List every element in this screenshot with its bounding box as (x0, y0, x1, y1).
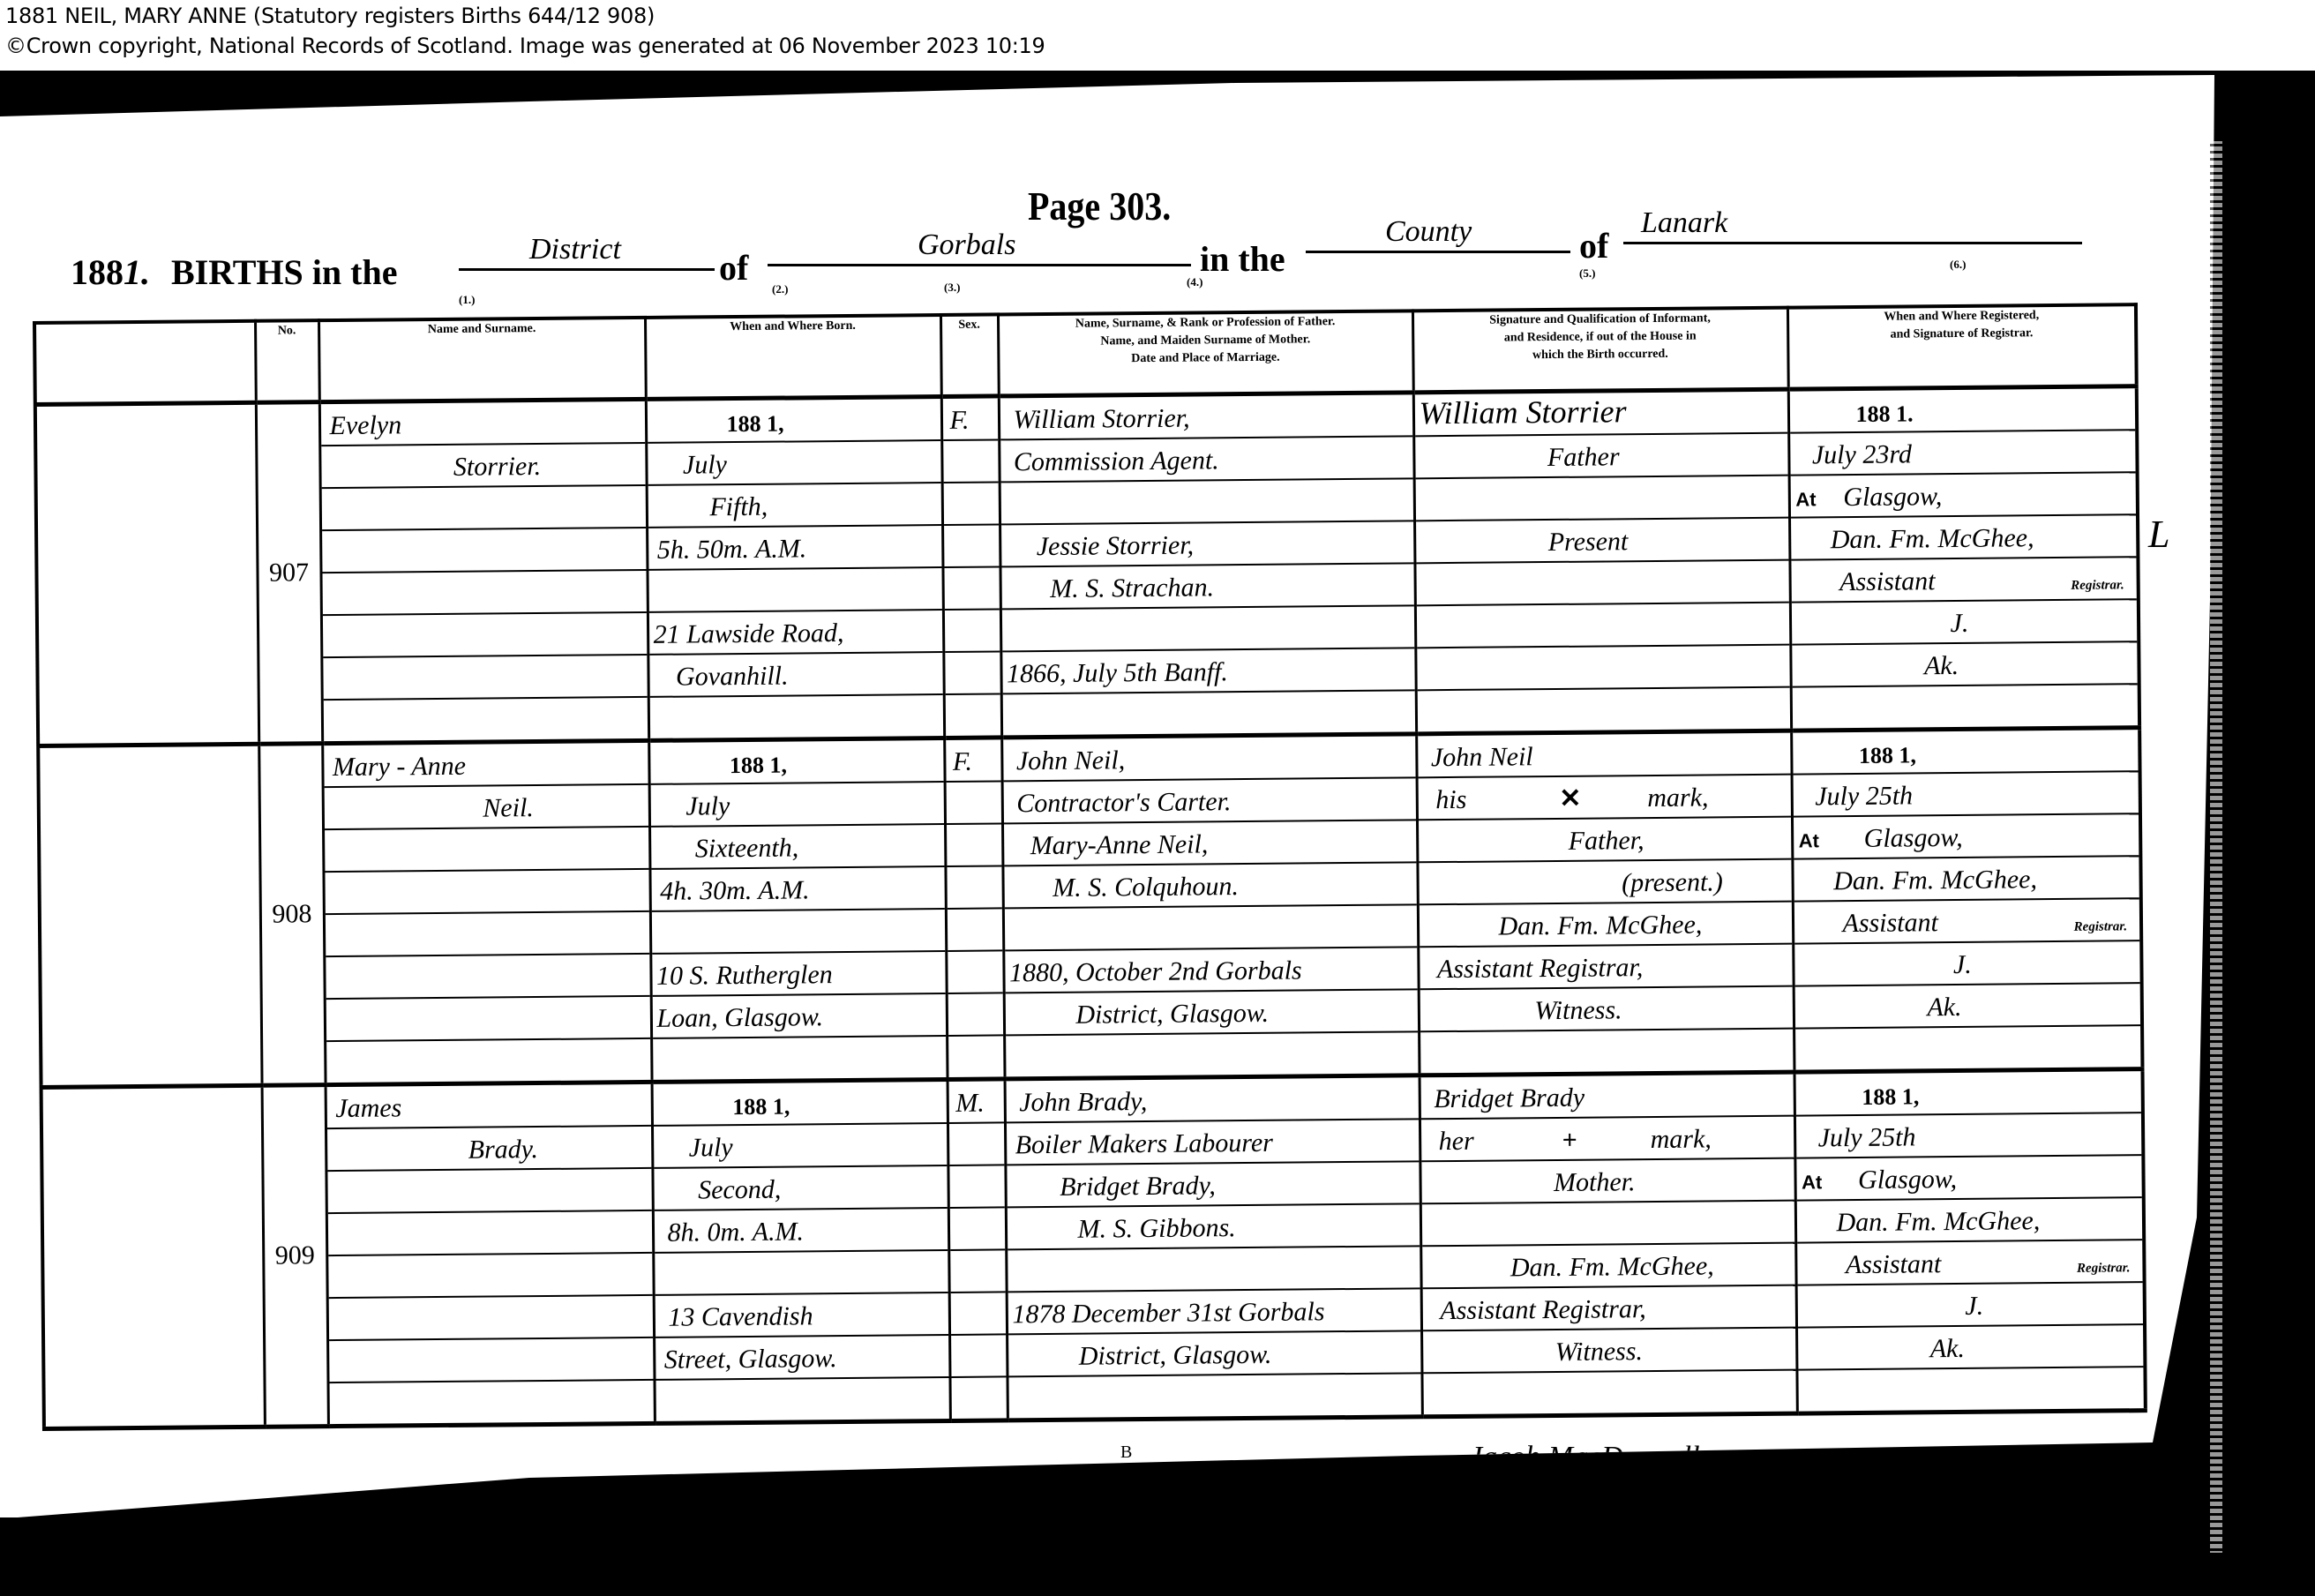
marker-3: (3.) (944, 281, 960, 295)
parents-cell: William Storrier, Commission Agent. Jess… (999, 393, 1416, 738)
district-name-field: Gorbals (768, 225, 1191, 266)
birth-month: July (686, 791, 730, 821)
county-type-value: County (1385, 215, 1472, 249)
registration-place: Glasgow, (1858, 1165, 1957, 1195)
birth-year: 188 1, (730, 753, 787, 780)
margin-cell (35, 402, 258, 746)
mother-name: Mary-Anne Neil, (1030, 829, 1209, 861)
registration-place: Glasgow, (1864, 823, 1963, 854)
marriage-date-place: 1866, July 5th Banff. (1007, 657, 1228, 689)
informant-signature: John Neil (1431, 742, 1533, 773)
margin-column-header (34, 321, 256, 405)
parents-cell: John Neil, Contractor's Carter. Mary-Ann… (1001, 734, 1419, 1079)
parents-header-line-3: Date and Place of Marriage. (1000, 348, 1412, 369)
informant-mark-label: mark, (1647, 783, 1708, 813)
informant-mark-her: her (1439, 1127, 1474, 1157)
district-type-value: District (529, 233, 621, 266)
child-name-cell: Evelyn Storrier. (319, 399, 648, 743)
register-entry-907: 907 Evelyn Storrier. 188 1, July Fifth, … (35, 386, 2139, 746)
entry-number: 909 (262, 1085, 328, 1427)
informant-mark-his: his (1435, 785, 1466, 815)
margin-cell (41, 1085, 265, 1428)
informant-presence: Present (1548, 527, 1629, 558)
county-type-field: County (1306, 212, 1570, 253)
column-header-name: Name and Surname. (318, 318, 646, 402)
father-name: John Neil, (1016, 746, 1126, 776)
registration-year: 188 1, (1862, 1083, 1919, 1111)
birth-time: 8h. 0m. A.M. (667, 1217, 804, 1248)
registration-place: Glasgow, (1843, 482, 1942, 513)
parents-cell: John Brady, Boiler Makers Labourer Bridg… (1005, 1075, 1422, 1420)
sex-cell: M. (948, 1079, 1008, 1421)
birth-place-line-1: 13 Cavendish (668, 1301, 813, 1332)
child-first-name: Mary - Anne (333, 752, 466, 783)
county-name-field: Lanark (1623, 203, 2082, 244)
year-prefix: 188 (71, 252, 124, 292)
register-entry-909: 909 James Brady. 188 1, July Second, 8h.… (41, 1069, 2146, 1429)
sex-cell: F. (941, 396, 1001, 738)
informant-cross-mark: + (1562, 1126, 1577, 1156)
sex-value: F. (949, 406, 969, 436)
registration-date: July 25th (1818, 1122, 1916, 1153)
father-occupation: Commission Agent. (1014, 446, 1219, 477)
informant-qualification: Father, (1569, 826, 1644, 857)
birth-time: 5h. 50m. A.M. (657, 534, 807, 565)
registrar-signature: Dan. Fm. McGhee, (1831, 523, 2034, 555)
marriage-date-place-line-1: 1878 December 31st Gorbals (1012, 1297, 1324, 1330)
informant-qualification: Mother. (1554, 1167, 1636, 1198)
margin-cell (38, 744, 261, 1087)
birth-place-line-1: 10 S. Rutherglen (656, 960, 833, 992)
child-first-name: James (335, 1093, 401, 1124)
birth-month: July (689, 1133, 733, 1163)
child-surname: Neil. (483, 793, 534, 824)
registered-header-line-2: and Signature of Registrar. (1789, 324, 2135, 344)
child-first-name: Evelyn (329, 410, 401, 441)
registrar-signature-line: Jacob MacDougall (1328, 1432, 1963, 1479)
registrar-title: Assistant (1842, 908, 1938, 939)
birth-year: 188 1, (732, 1094, 790, 1121)
registrar-signature: Dan. Fm. McGhee, (1833, 865, 2037, 896)
register-title: 1881. BIRTHS in the (71, 251, 397, 293)
child-surname: Storrier. (453, 452, 541, 483)
birth-cell: 188 1, July Fifth, 5h. 50m. A.M. 21 Laws… (646, 397, 944, 741)
entry-number: 907 (256, 402, 322, 745)
registration-date: July 25th (1815, 781, 1913, 812)
of-label-2: of (1579, 225, 1608, 266)
registrar-label: Registrar. (2071, 578, 2124, 594)
father-name: William Storrier, (1013, 404, 1189, 436)
scanned-register-image: Page 303. 1881. BIRTHS in the District o… (0, 71, 2315, 1596)
child-name-cell: James Brady. (326, 1082, 655, 1426)
marriage-date-place-line-2: District, Glasgow. (1079, 1340, 1272, 1372)
informant-signature: Bridget Brady (1434, 1083, 1585, 1114)
sex-cell: F. (944, 738, 1004, 1080)
birth-place-line-1: 21 Lawside Road, (653, 618, 843, 650)
registrar-label: Registrar. (2074, 919, 2128, 935)
column-header-no: No. (255, 320, 319, 402)
birth-place-line-2: Govanhill. (676, 662, 789, 693)
register-page: Page 303. 1881. BIRTHS in the District o… (0, 71, 2223, 1596)
marker-2: (2.) (772, 282, 788, 296)
marriage-date-place-line-1: 1880, October 2nd Gorbals (1009, 955, 1302, 988)
child-name-cell: Mary - Anne Neil. (322, 740, 651, 1084)
marker-1: (1.) (459, 293, 475, 307)
birth-place-line-2: Street, Glasgow. (664, 1344, 837, 1375)
births-label: BIRTHS in the (171, 252, 397, 292)
informant-header-line-3: which the Birth occurred. (1414, 345, 1787, 366)
mother-maiden-name: M. S. Gibbons. (1077, 1213, 1235, 1245)
birth-day: Sixteenth, (695, 833, 799, 864)
of-label: of (719, 247, 748, 288)
registered-cell: 188 1. July 23rd AtGlasgow, Dan. Fm. McG… (1788, 386, 2139, 731)
marker-4: (4.) (1187, 275, 1202, 289)
registrar-initials: J. (1965, 1292, 1983, 1322)
marriage-date-place-line-2: District, Glasgow. (1075, 999, 1269, 1030)
marker-6: (6.) (1950, 258, 1966, 272)
registrar-label: Registrar. (2077, 1261, 2131, 1277)
mother-name: Bridget Brady, (1060, 1171, 1216, 1203)
entry-number: 908 (258, 744, 325, 1086)
witness-title: Assistant Registrar, (1440, 1294, 1646, 1326)
sex-value: F. (953, 747, 972, 777)
birth-time: 4h. 30m. A.M. (660, 875, 810, 906)
at-label: At (1799, 829, 1819, 852)
birth-cell: 188 1, July Second, 8h. 0m. A.M. 13 Cave… (652, 1079, 950, 1423)
column-header-registered: When and Where Registered, and Signature… (1787, 304, 2137, 389)
registrar-signature: Dan. Fm. McGhee, (1836, 1206, 2040, 1238)
registered-cell: 188 1, July 25th AtGlasgow, Dan. Fm. McG… (1791, 728, 2142, 1072)
mother-maiden-name: M. S. Colquhoun. (1053, 872, 1239, 903)
informant-signature: William Storrier (1419, 393, 1626, 431)
birth-day: Fifth, (709, 492, 768, 523)
informant-qualification: Father (1547, 442, 1620, 473)
births-register-table: No. Name and Surname. When and Where Bor… (33, 303, 2147, 1431)
child-surname: Brady. (468, 1135, 538, 1165)
registration-year: 188 1. (1855, 401, 1913, 428)
page-number: Page 303. (1028, 182, 1171, 229)
in-the-label: in the (1200, 238, 1285, 280)
copyright-notice: ©Crown copyright, National Records of Sc… (5, 34, 1045, 58)
registrar-initials: J. (1953, 950, 1972, 980)
informant-cross-mark: ✕ (1559, 783, 1581, 814)
father-occupation: Boiler Makers Labourer (1015, 1128, 1273, 1161)
informant-mark-label: mark, (1651, 1124, 1712, 1155)
registrar-initials: J. (1950, 609, 1968, 639)
scan-edge-noise (2210, 141, 2222, 1553)
registrar-title: Assistant (1839, 566, 1936, 597)
margin-annotation: L (2148, 512, 2169, 557)
registrar-initials-2: Ak. (1927, 993, 1961, 1023)
at-label: At (1795, 488, 1816, 511)
informant-cell: William Storrier Father Present (1413, 389, 1791, 734)
page-mark: B (1120, 1442, 1132, 1463)
birth-year: 188 1, (726, 411, 783, 438)
witness-label: Witness. (1555, 1337, 1643, 1367)
column-header-born: When and Where Born. (645, 315, 941, 399)
registration-year: 188 1, (1859, 742, 1916, 769)
district-name-value: Gorbals (918, 229, 1015, 262)
birth-day: Second, (698, 1175, 781, 1206)
birth-month: July (683, 450, 727, 480)
informant-cell: Bridget Brady her+mark, Mother. Dan. Fm.… (1420, 1072, 1797, 1417)
registrar-footer-signature: Jacob MacDougall (1469, 1441, 1700, 1474)
birth-place-line-2: Loan, Glasgow. (656, 1002, 823, 1034)
registrar-footer-label: Registrar. (1967, 1447, 2046, 1470)
witness-signature: Dan. Fm. McGhee, (1510, 1251, 1714, 1283)
witness-signature: Dan. Fm. McGhee, (1498, 910, 1702, 942)
witness-label: Witness. (1534, 995, 1622, 1026)
registration-date: July 23rd (1812, 439, 1912, 470)
sex-value: M. (955, 1089, 985, 1119)
registrar-initials-2: Ak. (1924, 651, 1959, 681)
witness-title: Assistant Registrar, (1437, 953, 1644, 985)
father-name: John Brady, (1019, 1087, 1147, 1118)
registered-cell: 188 1, July 25th AtGlasgow, Dan. Fm. McG… (1794, 1069, 2146, 1413)
year-suffix: 1. (124, 252, 150, 292)
father-occupation: Contractor's Carter. (1016, 787, 1231, 819)
mother-name: Jessie Storrier, (1037, 531, 1195, 563)
district-type-field: District (459, 229, 715, 271)
registrar-initials-2: Ak. (1930, 1334, 1965, 1364)
birth-cell: 188 1, July Sixteenth, 4h. 30m. A.M. 10 … (648, 738, 947, 1083)
column-header-parents: Name, Surname, & Rank or Profession of F… (998, 311, 1413, 396)
informant-presence: (present.) (1622, 867, 1723, 898)
county-name-value: Lanark (1641, 206, 1727, 240)
mother-maiden-name: M. S. Strachan. (1050, 573, 1214, 604)
column-header-sex: Sex. (940, 314, 999, 396)
at-label: At (1802, 1171, 1822, 1194)
column-header-informant: Signature and Qualification of Informant… (1412, 308, 1788, 393)
register-entry-908: 908 Mary - Anne Neil. 188 1, July Sixtee… (38, 728, 2142, 1088)
registrar-title: Assistant (1846, 1249, 1942, 1280)
marker-5: (5.) (1579, 266, 1595, 281)
record-title: 1881 NEIL, MARY ANNE (Statutory register… (5, 4, 655, 28)
informant-cell: John Neil his✕mark, Father, (present.) D… (1416, 731, 1794, 1075)
